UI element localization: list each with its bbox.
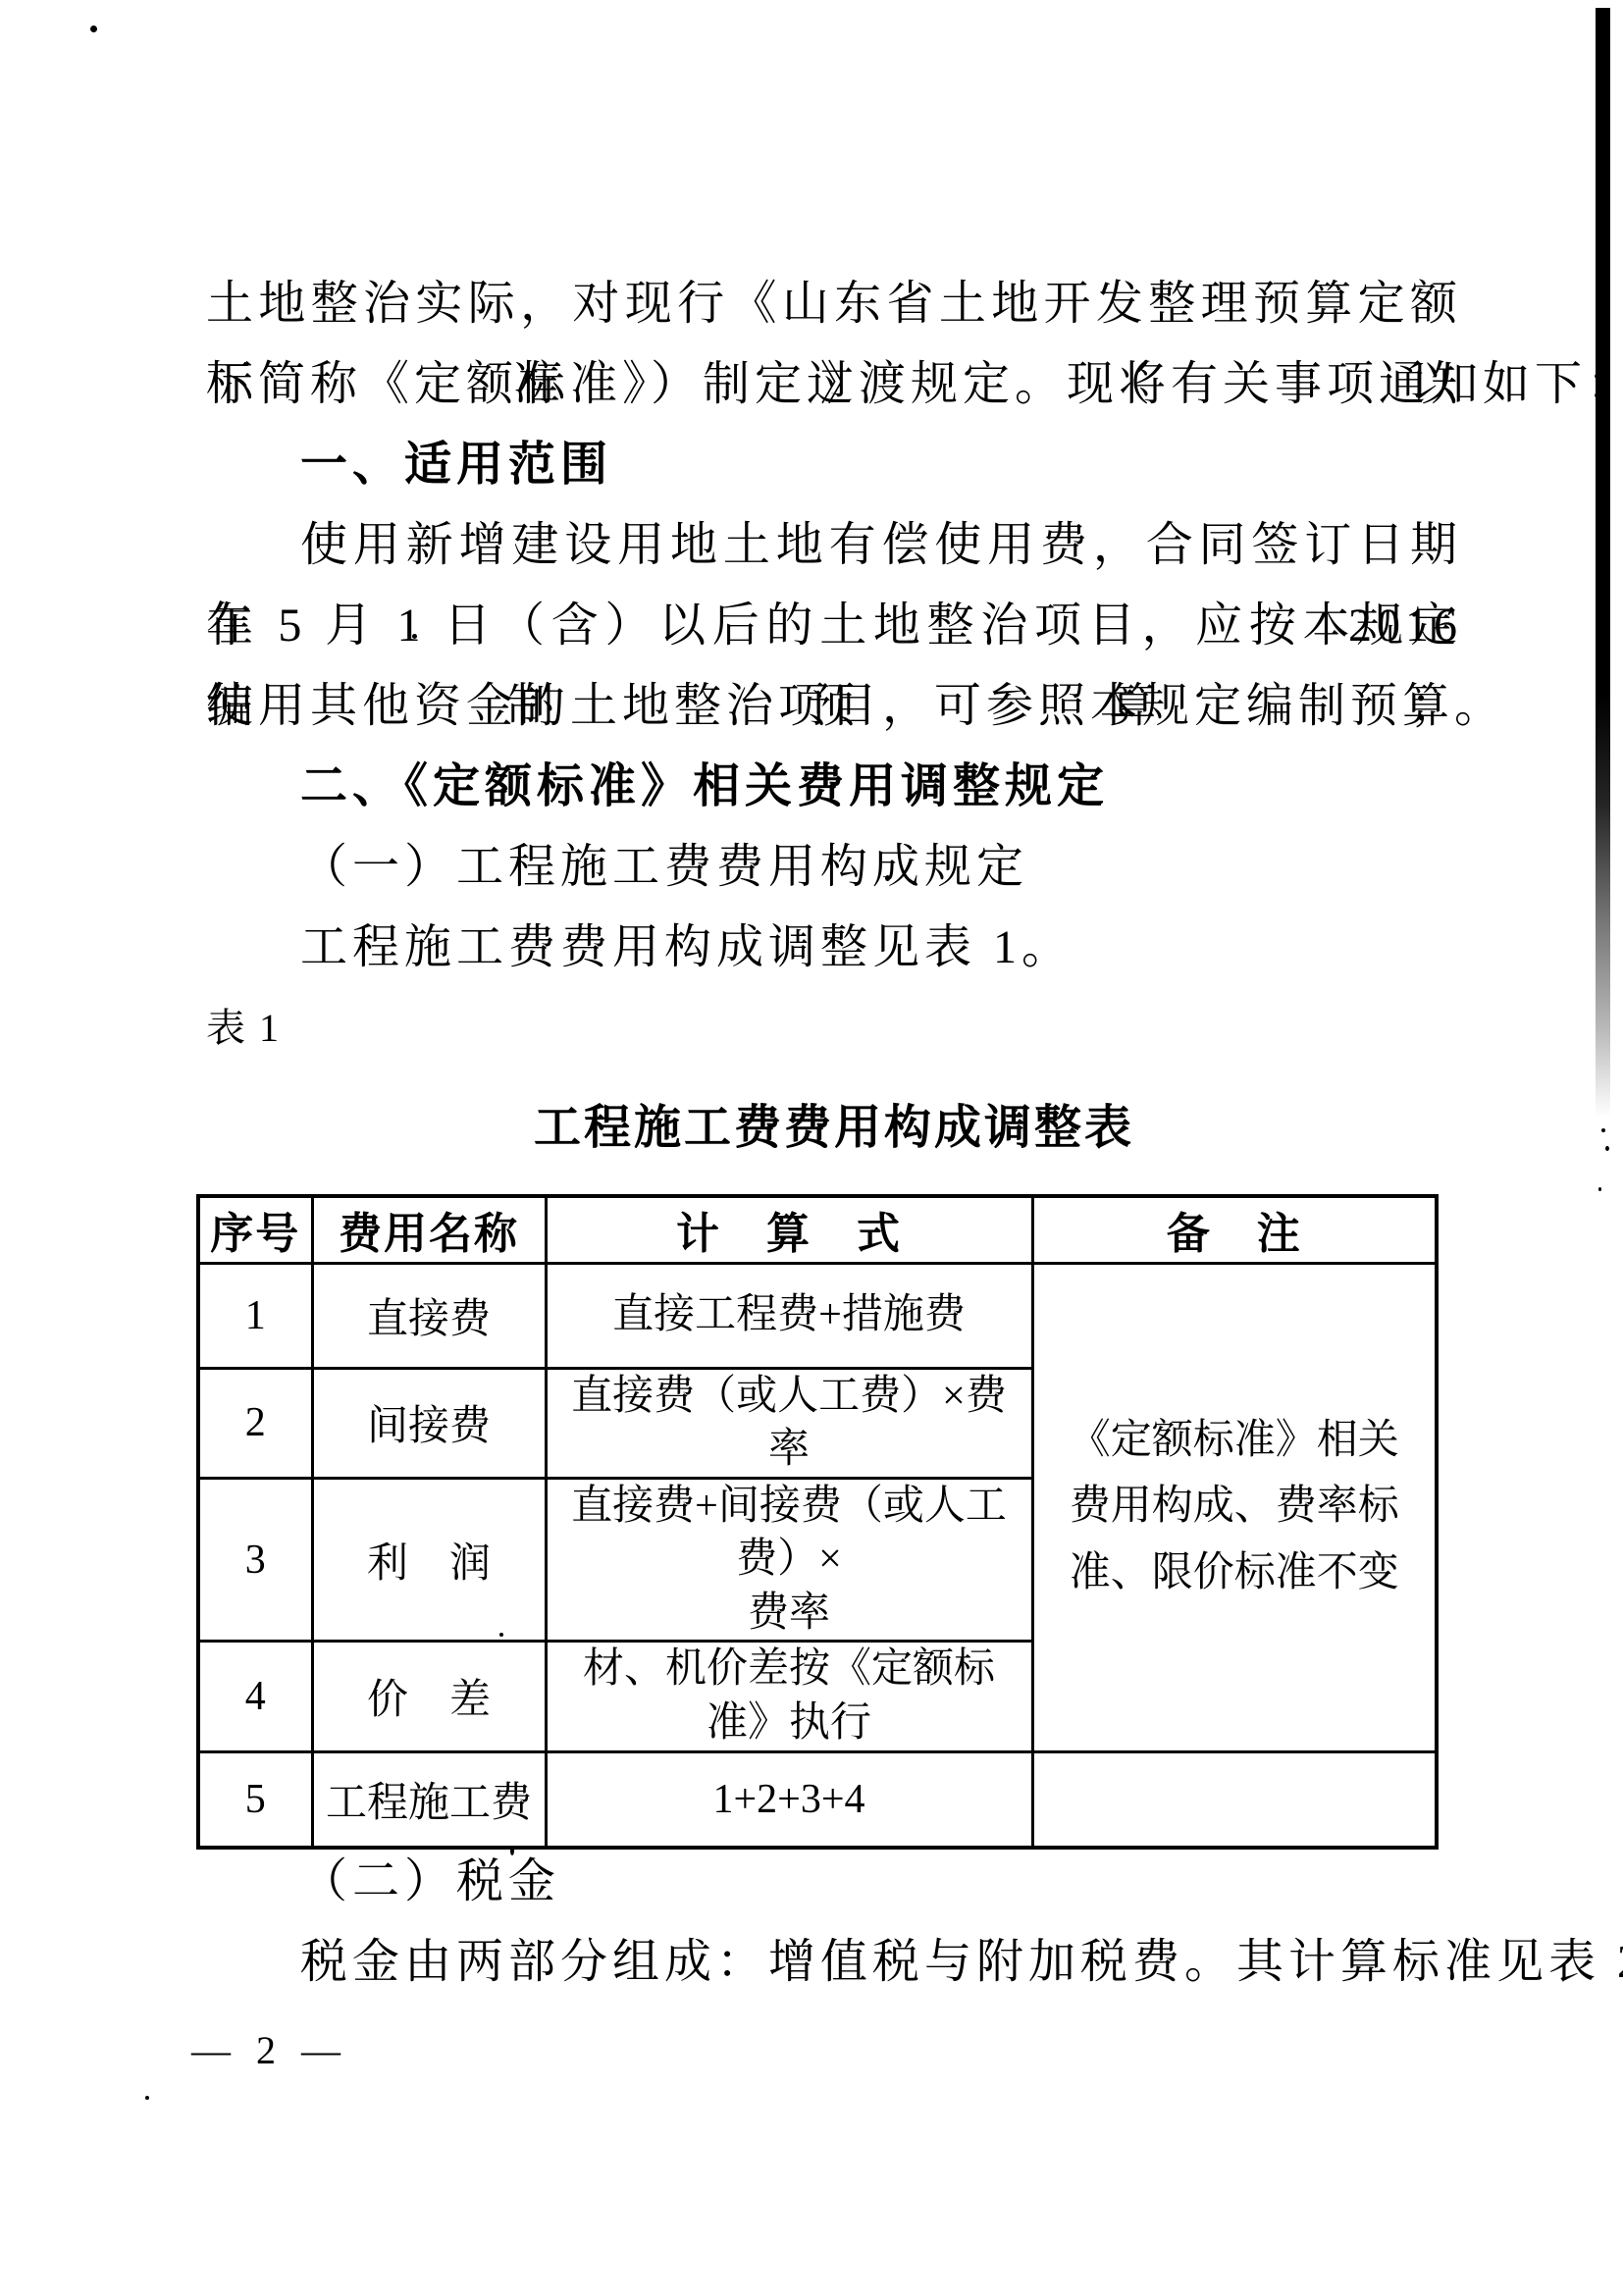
document-page: 土地整治实际，对现行《山东省土地开发整理预算定额标准》（以 下简称《定额标准》）…: [0, 0, 1623, 2296]
scan-speck: [499, 1633, 503, 1637]
cell-serial: 5: [198, 1751, 312, 1848]
section-heading-fee-adjust: 二、《定额标准》相关费用调整规定: [206, 747, 1462, 827]
body-line: 使用其他资金的土地整治项目，可参照本规定编制预算。: [206, 666, 1462, 747]
cell-formula: 直接费+间接费（或人工费）× 费率: [546, 1478, 1032, 1642]
body-line: 使用新增建设用地土地有偿使用费，合同签订日期在 2016: [206, 505, 1462, 586]
subsection-heading-construction-fee: （一）工程施工费费用构成规定: [206, 827, 1462, 908]
cell-formula: 材、机价差按《定额标准》执行: [546, 1642, 1032, 1751]
notice-body: 土地整治实际，对现行《山东省土地开发整理预算定额标准》（以 下简称《定额标准》）…: [206, 264, 1462, 1069]
cell-name: 工程施工费: [312, 1751, 546, 1848]
table-1: 序号 费用名称 计 算 式 备 注 1 直接费 直接工程费+措施费 《定额标准》…: [196, 1194, 1439, 1850]
cell-serial: 4: [198, 1642, 312, 1751]
cell-name: 利 润: [312, 1478, 546, 1642]
body-line: 下简称《定额标准》）制定过渡规定。现将有关事项通知如下：: [206, 344, 1462, 425]
cell-formula: 直接费（或人工费）×费率: [546, 1368, 1032, 1478]
subsection-heading-tax: （二）税金: [206, 1842, 1462, 1922]
scan-speck: [1598, 1187, 1601, 1191]
table-header-row: 序号 费用名称 计 算 式 备 注: [198, 1196, 1437, 1263]
page-number: — 2 —: [191, 2021, 348, 2080]
header-cell-remark: 备 注: [1032, 1196, 1437, 1263]
body-line: 年 5 月 1 日（含）以后的土地整治项目，应按本规定编制预算；: [206, 586, 1462, 666]
body-line: 工程施工费费用构成调整见表 1。: [206, 908, 1462, 988]
cell-name: 价 差: [312, 1642, 546, 1751]
scan-speck: [1605, 1146, 1609, 1151]
body-line: 土地整治实际，对现行《山东省土地开发整理预算定额标准》（以: [206, 264, 1462, 344]
cell-name: 直接费: [312, 1263, 546, 1368]
body-line: 税金由两部分组成：增值税与附加税费。其计算标准见表 2。: [206, 1922, 1462, 2003]
scan-speck: [1601, 1128, 1605, 1132]
cell-remark-merged: 《定额标准》相关费用构成、费率标准、限价标准不变: [1032, 1263, 1437, 1751]
header-cell-serial: 序号: [198, 1196, 312, 1263]
scan-speck: [412, 634, 417, 639]
scan-speck: [885, 875, 890, 881]
section-heading-scope: 一、适用范围: [206, 425, 1462, 505]
header-cell-formula: 计 算 式: [546, 1196, 1032, 1263]
scan-speck: [145, 2096, 149, 2100]
cell-remark-empty: [1032, 1751, 1437, 1848]
cell-formula: 直接工程费+措施费: [546, 1263, 1032, 1368]
tax-section: （二）税金 税金由两部分组成：增值税与附加税费。其计算标准见表 2。: [206, 1842, 1462, 2003]
cell-formula: 1+2+3+4: [546, 1751, 1032, 1848]
table-row: 1 直接费 直接工程费+措施费 《定额标准》相关费用构成、费率标准、限价标准不变: [198, 1263, 1437, 1368]
cell-name: 间接费: [312, 1368, 546, 1478]
table-row: 5 工程施工费 1+2+3+4: [198, 1751, 1437, 1848]
scan-artifact-bar: [1596, 8, 1610, 1117]
scan-speck: [90, 26, 97, 32]
table-label: 表 1: [206, 988, 1462, 1069]
cell-serial: 2: [198, 1368, 312, 1478]
table-title: 工程施工费费用构成调整表: [206, 1097, 1462, 1160]
scan-speck: [510, 1847, 514, 1855]
header-cell-name: 费用名称: [312, 1196, 546, 1263]
cell-serial: 1: [198, 1263, 312, 1368]
cell-serial: 3: [198, 1478, 312, 1642]
